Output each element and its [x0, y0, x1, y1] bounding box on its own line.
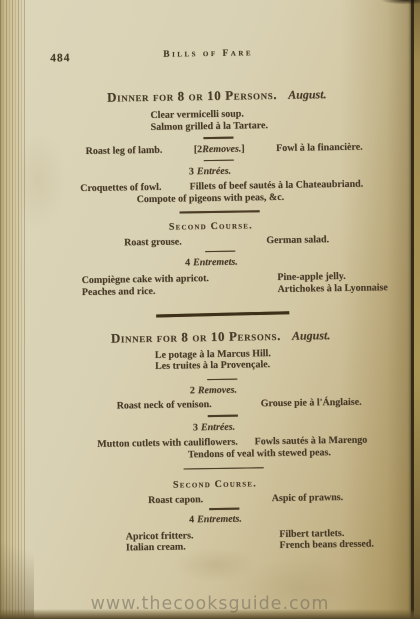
- course-count: [2: [194, 144, 203, 155]
- dish-item: Fowl à la financière.: [276, 141, 363, 154]
- dish-item: Roast neck of venison.: [117, 399, 212, 412]
- menu-title: Dinner for 8 or 10 Persons. August.: [35, 85, 399, 107]
- dish-item: Peaches and rice.: [82, 285, 209, 298]
- menu-title: Dinner for 8 or 10 Persons. August.: [38, 326, 402, 348]
- entremets-columns: Compiègne cake with apricot. Peaches and…: [30, 270, 394, 299]
- divider: [204, 159, 234, 161]
- course-count: 3: [193, 422, 198, 433]
- divider: [209, 508, 239, 510]
- dish-item: Salmon grilled à la Tartare.: [151, 120, 268, 133]
- divider: [180, 210, 260, 213]
- course-count: 4: [189, 514, 194, 525]
- corner-smudge: [374, 0, 420, 8]
- menu-separator-rule: [156, 311, 289, 317]
- entremets-right-column: Pine-apple jelly. Artichokes à la Lyonna…: [277, 270, 388, 295]
- menu-title-text: Dinner for 8 or 10 Persons.: [107, 87, 277, 106]
- dish-item: Artichokes à la Lyonnaise: [277, 282, 387, 295]
- second-course-row: Roast capon. Aspic of prawns.: [33, 491, 397, 509]
- dish-item: German salad.: [266, 234, 329, 247]
- course-name: Entrées.: [201, 421, 235, 433]
- running-header: Bills of Fare: [163, 48, 253, 59]
- course-name: Entrées.: [197, 166, 231, 178]
- menu-month: August.: [292, 328, 331, 344]
- page-header: 484 Bills of Fare: [26, 45, 390, 64]
- divider: [207, 378, 237, 380]
- page-edge-shadow: [0, 499, 34, 619]
- course-label-bracketed: [2Removes.]: [194, 143, 245, 156]
- dish-item: Les truites à la Provençale.: [155, 359, 271, 372]
- dish-item: Grouse pie à l'Ánglaise.: [261, 397, 362, 411]
- menu-title-text: Dinner for 8 or 10 Persons.: [111, 327, 281, 346]
- adjacent-page-edge: [414, 0, 420, 619]
- divider: [208, 415, 238, 417]
- divider: [203, 137, 233, 139]
- dish-item: Italian cream.: [126, 541, 194, 554]
- entremets-left-column: Compiègne cake with apricot. Peaches and…: [82, 273, 210, 298]
- dish-item: Roast grouse.: [124, 236, 182, 249]
- book-page-scan: 484 Bills of Fare Dinner for 8 or 10 Per…: [0, 0, 420, 619]
- dish-item: Aspic of prawns.: [272, 492, 344, 505]
- bracket-close: ]: [241, 143, 245, 154]
- course-count: 2: [190, 385, 195, 396]
- course-name: Entremets.: [193, 257, 238, 269]
- opening-dishes: Clear vermicelli soup. Salmon grilled à …: [150, 108, 268, 133]
- second-course-row: Roast grouse. German salad.: [29, 233, 393, 251]
- divider: [205, 250, 235, 252]
- page-content: 484 Bills of Fare Dinner for 8 or 10 Per…: [26, 45, 398, 555]
- bottom-page-edge: [0, 609, 420, 619]
- removes-row: Roast leg of lamb. [2Removes.] Fowl à la…: [28, 141, 392, 159]
- dish-item: Roast capon.: [148, 494, 203, 507]
- course-name: Removes.: [202, 143, 241, 155]
- course-count: 3: [189, 166, 194, 177]
- course-name: Entremets.: [197, 513, 242, 525]
- course-name: Removes.: [198, 385, 237, 397]
- dish-item: Roast leg of lamb.: [86, 144, 163, 157]
- menu-month: August.: [288, 87, 327, 103]
- dish-item: French beans dressed.: [279, 538, 374, 551]
- dish-item: Compiègne cake with apricot.: [82, 273, 209, 286]
- course-count: 4: [185, 257, 190, 268]
- entremets-right-column: Filbert tartlets. French beans dressed.: [279, 527, 374, 551]
- divider: [184, 467, 264, 470]
- entremets-left-column: Apricot fritters. Italian cream.: [126, 530, 194, 554]
- course-label: 4Entremets.: [29, 254, 393, 272]
- course-label: 4Entremets.: [33, 511, 397, 529]
- opening-dishes: Le potage à la Marcus Hill. Les truites …: [155, 348, 271, 373]
- page-number: 484: [50, 52, 70, 64]
